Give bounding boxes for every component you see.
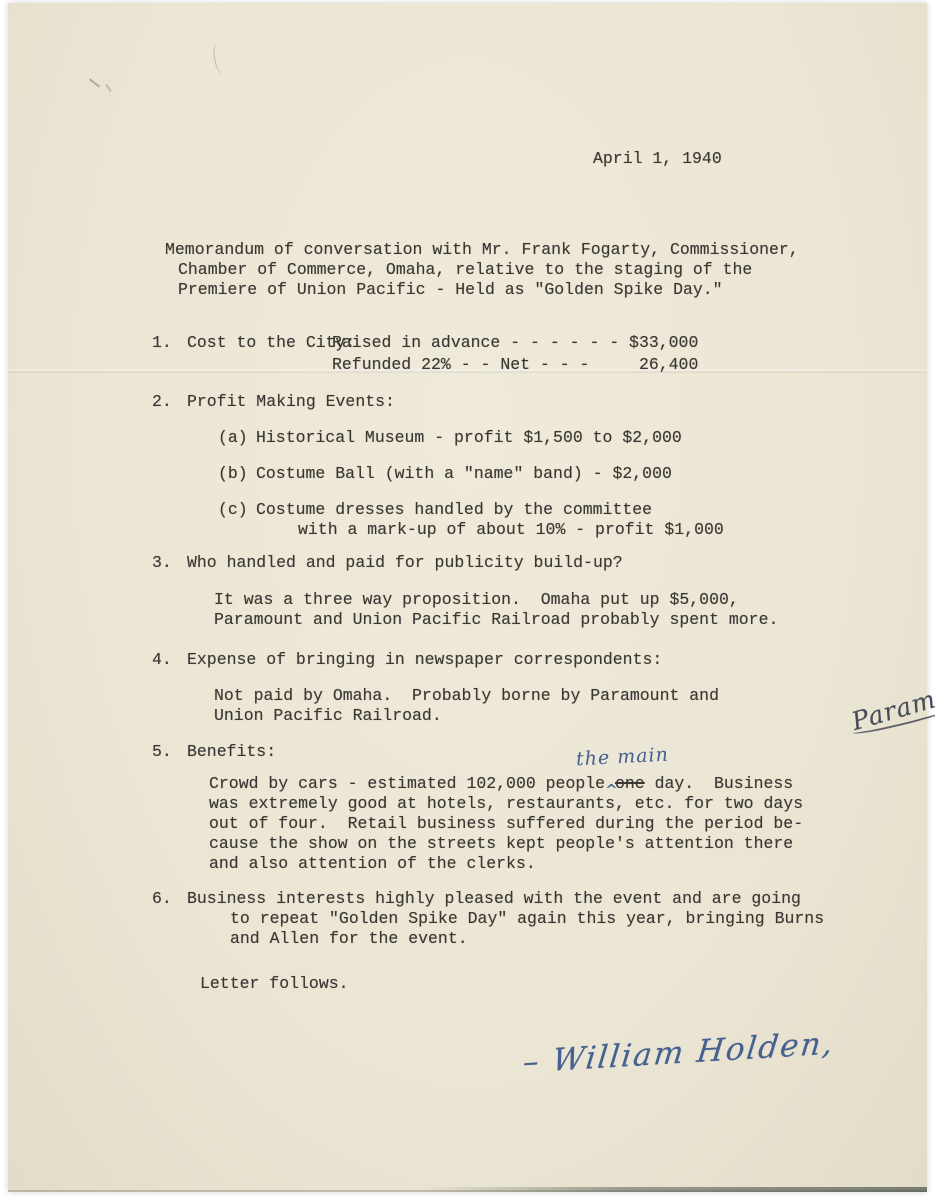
item-5-line-2: was extremely good at hotels, restaurant… [209,794,803,814]
item-4-line-1: Not paid by Omaha. Probably borne by Par… [214,686,719,706]
item-1-value-line-1: Raised in advance - - - - - - $33,000 [332,333,698,353]
pencil-smudge [105,84,112,93]
handwritten-insertion: the main [575,744,669,771]
item-5-number: 5. [152,742,172,762]
item-5-line-1: Crowd by cars - estimated 102,000 people… [209,774,793,794]
item-2b-label: (b) [218,464,248,484]
item-2-number: 2. [152,392,172,412]
heading-line-2: Chamber of Commerce, Omaha, relative to … [178,260,752,280]
item-1-label: Cost to the City: [187,333,355,353]
heading-line-3: Premiere of Union Pacific - Held as "Gol… [178,280,723,300]
scanned-memo-image: { "document": { "date": "April 1, 1940",… [0,0,935,1200]
heading-line-1: Memorandum of conversation with Mr. Fran… [165,240,799,260]
item-1-number: 1. [152,333,172,353]
date: April 1, 1940 [593,149,722,169]
item-6-line-2: to repeat "Golden Spike Day" again this … [230,909,824,929]
closing-line: Letter follows. [200,974,349,994]
item-2b-text: Costume Ball (with a "name" band) - $2,0… [256,464,672,484]
item-3-line-2: Paramount and Union Pacific Railroad pro… [214,610,778,630]
pencil-paren-mark [211,41,229,75]
item-2c-label: (c) [218,500,248,520]
item-5-title: Benefits: [187,742,276,762]
item-3-line-1: It was a three way proposition. Omaha pu… [214,590,739,610]
item-4-line-2: Union Pacific Railroad. [214,706,442,726]
item-6-number: 6. [152,889,172,909]
item-3-number: 3. [152,553,172,573]
item-5-line-4: cause the show on the streets kept peopl… [209,834,793,854]
document-page: April 1, 1940 Memorandum of conversation… [8,3,927,1192]
paper-bottom-edge [8,1190,927,1192]
item-4-title: Expense of bringing in newspaper corresp… [187,650,662,670]
item-5-line-1-post: day. Business [645,774,794,793]
item-2c-text-line-1: Costume dresses handled by the committee [256,500,652,520]
item-5-line-3: out of four. Retail business suffered du… [209,814,803,834]
item-4-number: 4. [152,650,172,670]
item-1-value-line-2: Refunded 22% - - Net - - - 26,400 [332,355,698,375]
pencil-smudge [89,78,100,88]
item-5-line-5: and also attention of the clerks. [209,854,536,874]
item-2c-text-line-2: with a mark-up of about 10% - profit $1,… [298,520,724,540]
item-3-title: Who handled and paid for publicity build… [187,553,623,573]
item-2a-label: (a) [218,428,248,448]
struck-word: one [615,774,645,793]
item-6-line-1: Business interests highly pleased with t… [187,889,801,909]
item-2-title: Profit Making Events: [187,392,395,412]
handwritten-signature: – William Holden, [521,1025,836,1080]
item-2a-text: Historical Museum - profit $1,500 to $2,… [256,428,682,448]
item-5-line-1-pre: Crowd by cars - estimated 102,000 people [209,774,615,793]
item-6-line-3: and Allen for the event. [230,929,468,949]
